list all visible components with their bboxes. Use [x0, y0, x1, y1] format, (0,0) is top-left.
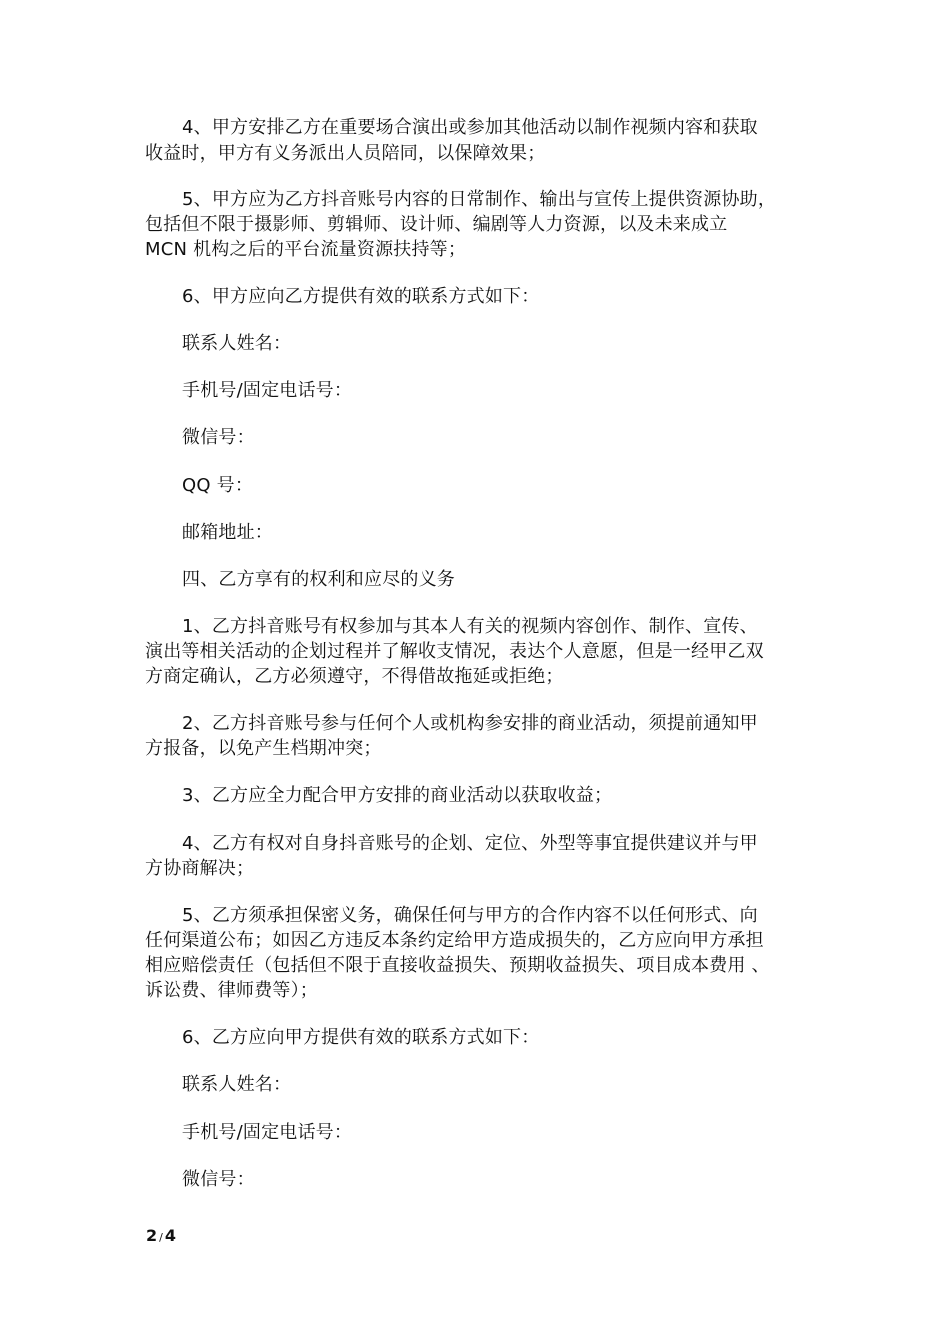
total-pages: 4 — [165, 1226, 176, 1245]
document-page: 4、甲方安排乙方在重要场合演出或参加其他活动以制作视频内容和获取 收益时，甲方有… — [0, 0, 950, 1344]
party-b-contact-heading: 6、乙方应向甲方提供有效的联系方式如下： — [182, 1026, 539, 1050]
party-b-item1-line3: 方商定确认，乙方必须遵守，不得借故拖延或拒绝； — [145, 665, 564, 689]
party-a-email-label: 邮箱地址： — [182, 521, 273, 545]
party-b-item1-line1: 1、乙方抖音账号有权参加与其本人有关的视频内容创作、制作、宣传、 — [182, 615, 758, 639]
party-a-item4-line2: 收益时，甲方有义务派出人员陪同，以保障效果； — [145, 142, 545, 166]
page-number: 2/4 — [146, 1226, 176, 1248]
party-b-item5-line1: 5、乙方须承担保密义务，确保任何与甲方的合作内容不以任何形式、向 — [182, 904, 758, 928]
party-a-item5-line2: 包括但不限于摄影师、剪辑师、设计师、编剧等人力资源，以及未来成立 — [145, 213, 727, 237]
party-a-wechat-label: 微信号： — [182, 426, 255, 450]
party-a-item5-line3: MCN 机构之后的平台流量资源扶持等； — [145, 238, 466, 262]
page-separator: / — [159, 1231, 163, 1244]
party-b-item1-line2: 演出等相关活动的企划过程并了解收支情况，表达个人意愿，但是一经甲乙双 — [145, 640, 764, 664]
party-a-qq-label: QQ 号： — [182, 474, 253, 498]
party-b-wechat-label: 微信号： — [182, 1168, 255, 1192]
party-b-item4-line1: 4、乙方有权对自身抖音账号的企划、定位、外型等事宜提供建议并与甲 — [182, 832, 758, 856]
current-page: 2 — [146, 1226, 157, 1245]
party-a-contact-heading: 6、甲方应向乙方提供有效的联系方式如下： — [182, 285, 539, 309]
party-a-item5-line1: 5、甲方应为乙方抖音账号内容的日常制作、输出与宣传上提供资源协助， — [182, 188, 776, 212]
party-b-item5-line4: 诉讼费、律师费等）； — [145, 979, 318, 1003]
party-b-item5-line2: 任何渠道公布；如因乙方违反本条约定给甲方造成损失的，乙方应向甲方承担 — [145, 929, 764, 953]
party-b-item5-line3: 相应赔偿责任（包括但不限于直接收益损失、预期收益损失、项目成本费用 、 — [145, 954, 770, 978]
party-b-item2-line1: 2、乙方抖音账号参与任何个人或机构参安排的商业活动，须提前通知甲 — [182, 712, 758, 736]
party-b-phone-label: 手机号/固定电话号： — [182, 1121, 352, 1145]
party-b-item2-line2: 方报备，以免产生档期冲突； — [145, 737, 382, 761]
party-a-item4-line1: 4、甲方安排乙方在重要场合演出或参加其他活动以制作视频内容和获取 — [182, 116, 758, 140]
party-b-contact-name-label: 联系人姓名： — [182, 1073, 291, 1097]
party-a-contact-name-label: 联系人姓名： — [182, 332, 291, 356]
party-b-item3-line1: 3、乙方应全力配合甲方安排的商业活动以获取收益； — [182, 784, 612, 808]
party-a-phone-label: 手机号/固定电话号： — [182, 379, 352, 403]
party-b-item4-line2: 方协商解决； — [145, 857, 254, 881]
section-4-title: 四、乙方享有的权利和应尽的义务 — [182, 568, 455, 592]
